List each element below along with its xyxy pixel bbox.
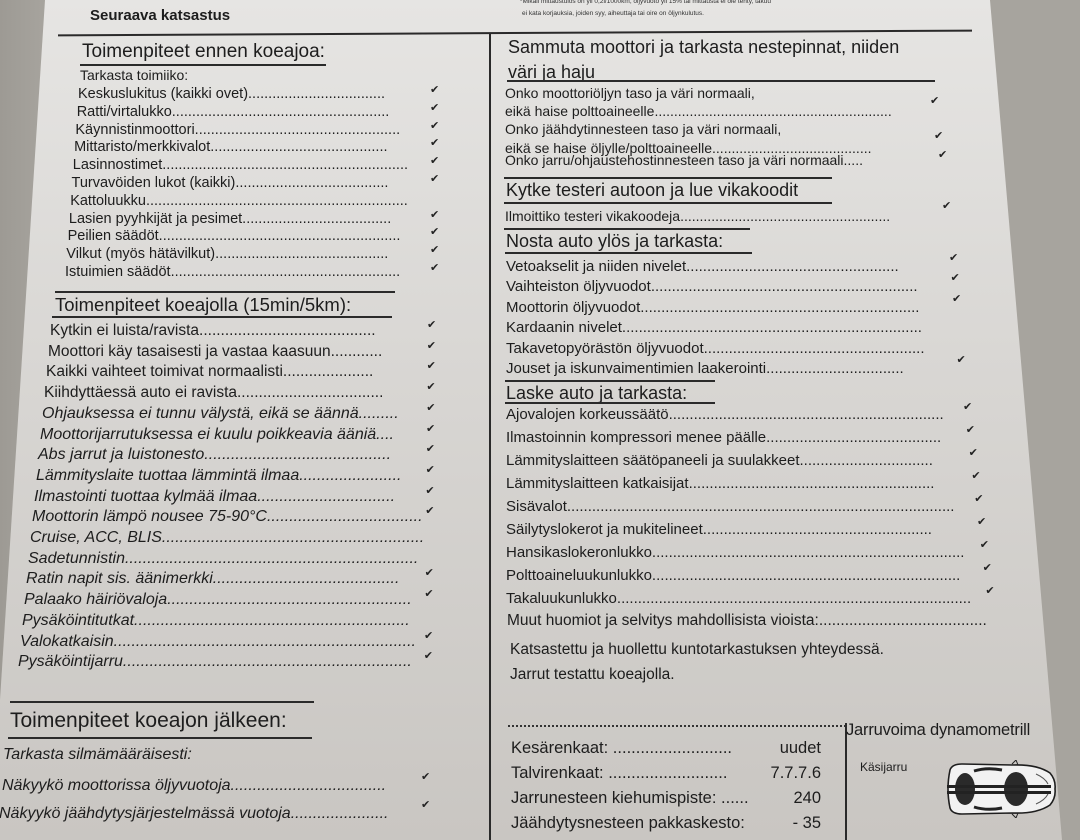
handbrake-label: Käsijarru: [860, 761, 907, 773]
checklist-item: Sadetunnistin...........................…: [28, 551, 418, 567]
checklist-item: Moottorin öljyvuodot....................…: [506, 300, 919, 315]
measurement-value: 7.7.7.6: [771, 765, 821, 782]
checklist-item: Lämmityslaitteen katkaisijat............…: [506, 476, 934, 491]
checklist-item: Kaikki vaihteet toimivat normaalisti....…: [46, 364, 373, 380]
checkmark-icon[interactable]: ✔: [985, 586, 994, 597]
checklist-item: Kytkin ei luista/ravista................…: [50, 323, 376, 339]
fluid-check-item: Onko moottoriöljyn taso ja väri normaali…: [505, 86, 755, 100]
checklist-item: Palaako häiriövaloja....................…: [24, 592, 412, 608]
checkmark-icon[interactable]: ✔: [980, 540, 989, 551]
checklist-item: Säilytyslokerot ja mukitelineet.........…: [506, 522, 932, 537]
measurement-row: Kesärenkaat: ..........................u…: [511, 740, 821, 757]
checkmark-icon[interactable]: ✔: [427, 320, 436, 331]
checklist-item: Pysäköintitutkat........................…: [22, 613, 410, 629]
checkmark-icon[interactable]: ✔: [963, 402, 972, 413]
checklist-item: Lämmityslaitteen säätöpaneeli ja suulakk…: [506, 453, 933, 468]
measurement-label: Jarrunesteen kiehumispiste: ......: [511, 789, 749, 807]
footnote-line-2: ei kata korjauksia, joiden syy, aiheutta…: [522, 11, 704, 18]
checkmark-icon[interactable]: ✔: [424, 651, 433, 662]
lift-top-rule: [504, 228, 750, 230]
measurement-label: Talvirenkaat: ..........................: [511, 764, 727, 782]
checkmark-icon[interactable]: ✔: [427, 361, 436, 372]
checkmark-icon[interactable]: ✔: [430, 263, 439, 274]
checklist-item: Ratin napit sis. äänimerkki.............…: [26, 571, 399, 587]
checkmark-icon[interactable]: ✔: [969, 448, 978, 459]
checklist-item: Kiihdyttäessä auto ei ravista...........…: [44, 385, 383, 401]
during-drive-heading-underline: [52, 316, 392, 318]
before-drive-subheading: Tarkasta toimiiko:: [80, 68, 188, 82]
checklist-item: Cruise, ACC, BLIS.......................…: [30, 530, 424, 546]
measurement-value: uudet: [780, 740, 821, 757]
lower-top-rule: [505, 380, 715, 382]
fluids-heading-line-2: väri ja haju: [508, 63, 595, 81]
checklist-item: Moottorin lämpö nousee 75-90°C..........…: [32, 509, 423, 525]
lift-heading-underline: [505, 252, 752, 254]
checkmark-icon[interactable]: ✔: [426, 403, 435, 414]
checkmark-icon[interactable]: ✔: [957, 355, 966, 366]
measurements-top-border: [508, 725, 846, 727]
checkmark-icon[interactable]: ✔: [934, 131, 943, 142]
checklist-item: Peilien säädöt..........................…: [68, 229, 401, 244]
checklist-item: Ilmastointi tuottaa kylmää ilmaa........…: [34, 489, 395, 505]
checkmark-icon[interactable]: ✔: [426, 444, 435, 455]
during-drive-top-rule: [55, 291, 395, 293]
checkmark-icon[interactable]: ✔: [949, 253, 958, 264]
checklist-item: Polttoaineluukunlukko...................…: [506, 568, 960, 583]
after-drive-heading: Toimenpiteet koeajon jälkeen:: [10, 710, 287, 731]
lower-heading: Laske auto ja tarkasta:: [506, 384, 687, 402]
checklist-item: Ratti/virtalukko........................…: [77, 105, 390, 120]
checkmark-icon[interactable]: ✔: [974, 494, 983, 505]
checkmark-icon[interactable]: ✔: [971, 471, 980, 482]
checklist-item: Näkyykö moottorissa öljyvuotoja.........…: [2, 778, 386, 794]
checklist-item: Lasinnostimet...........................…: [73, 158, 408, 173]
checkmark-icon[interactable]: ✔: [425, 568, 434, 579]
checklist-item: Valokatkaisin...........................…: [20, 634, 416, 650]
checkmark-icon[interactable]: ✔: [424, 589, 433, 600]
checkmark-icon[interactable]: ✔: [430, 85, 439, 96]
checklist-item: Takaluukunlukko.........................…: [506, 591, 971, 606]
column-divider: [489, 33, 491, 840]
lift-heading: Nosta auto ylös ja tarkasta:: [506, 232, 723, 250]
checklist-item: Kattoluukku.............................…: [70, 194, 408, 209]
checklist-item: Hansikaslokeronlukko....................…: [506, 545, 964, 560]
checkmark-icon[interactable]: ✔: [942, 201, 951, 212]
checkmark-icon[interactable]: ✔: [983, 563, 992, 574]
checklist-item: Vilkut (myös hätävilkut)................…: [66, 247, 388, 262]
checklist-item: Näkyykö jäähdytysjärjestelmässä vuotoja.…: [0, 806, 388, 822]
checkmark-icon[interactable]: ✔: [430, 156, 439, 167]
measurements-divider: [845, 723, 847, 840]
checklist-item: Jouset ja iskunvaimentimien laakerointi.…: [506, 361, 904, 376]
checkmark-icon[interactable]: ✔: [430, 227, 439, 238]
fluid-check-item: Onko jäähdytinnesteen taso ja väri norma…: [505, 122, 781, 136]
checklist-item: Istuimien säädöt........................…: [65, 265, 400, 280]
checklist-item: Abs jarrut ja luistonesto...............…: [38, 447, 391, 463]
checklist-item: Lasien pyyhkijät ja pesimet.............…: [69, 212, 391, 227]
remarks-note-line-2: Jarrut testattu koeajolla.: [510, 667, 675, 683]
checklist-item: Pysäköintijarru.........................…: [18, 654, 412, 670]
checkmark-icon[interactable]: ✔: [430, 121, 439, 132]
checkmark-icon[interactable]: ✔: [430, 103, 439, 114]
tester-heading-underline: [504, 202, 832, 204]
checklist-item: Käynnistinmoottori......................…: [75, 123, 400, 138]
checkmark-icon[interactable]: ✔: [951, 273, 960, 284]
checkmark-icon[interactable]: ✔: [952, 294, 961, 305]
checkmark-icon[interactable]: ✔: [426, 382, 435, 393]
measurement-label: Jäähdytysnesteen pakkaskesto:: [511, 814, 745, 832]
measurement-label: Kesärenkaat: ..........................: [511, 739, 732, 757]
checkmark-icon[interactable]: ✔: [430, 245, 439, 256]
fluid-check-item-line-2: eikä haise polttoaineelle...............…: [505, 104, 892, 118]
remarks-label: Muut huomiot ja selvitys mahdollisista v…: [507, 613, 987, 629]
remarks-note-line-1: Katsastettu ja huollettu kuntotarkastuks…: [510, 642, 884, 658]
fluid-check-item: Onko jarru/ohjaustehostinnesteen taso ja…: [505, 153, 863, 167]
checklist-item: Vetoakselit ja niiden nivelet...........…: [506, 259, 899, 274]
fluids-heading-line-1: Sammuta moottori ja tarkasta nestepinnat…: [508, 38, 899, 56]
checkmark-icon[interactable]: ✔: [427, 341, 436, 352]
before-drive-heading-underline: [80, 64, 326, 66]
checkmark-icon[interactable]: ✔: [426, 424, 435, 435]
after-drive-heading-underline: [8, 737, 312, 739]
checkmark-icon[interactable]: ✔: [421, 800, 430, 811]
tester-heading: Kytke testeri autoon ja lue vikakoodit: [506, 181, 798, 199]
checklist-item: Takavetopyörästön öljyvuodot............…: [506, 341, 925, 356]
checklist-item: Vaihteiston öljyvuodot..................…: [506, 279, 918, 294]
checklist-item: Ajovalojen korkeussäätö.................…: [506, 407, 944, 422]
fluids-heading-underline: [507, 80, 935, 82]
checklist-item: Ohjauksessa ei tunnu välystä, eikä se ää…: [42, 406, 399, 422]
checklist-item: Turvavöiden lukot (kaikki)..............…: [72, 176, 389, 191]
checklist-item: Kardaanin nivelet.......................…: [506, 320, 922, 335]
checkmark-icon[interactable]: ✔: [930, 96, 939, 107]
footnote-line-1: *Mikäli mittaustulos on yli 0,2l/1000km,…: [520, 0, 771, 6]
measurement-row: Jarrunesteen kiehumispiste: ......240: [511, 790, 821, 807]
after-drive-subheading: Tarkasta silmämääräisesti:: [3, 747, 192, 763]
checklist-item: Ilmastoinnin kompressori menee päälle...…: [506, 430, 941, 445]
checkmark-icon[interactable]: ✔: [938, 150, 947, 161]
car-top-view-icon: [942, 760, 1058, 818]
form-title: Seuraava katsastus: [90, 8, 230, 23]
checkmark-icon[interactable]: ✔: [426, 465, 435, 476]
checkmark-icon[interactable]: ✔: [430, 138, 439, 149]
checklist-item: Lämmityslaite tuottaa lämmintä ilmaa....…: [36, 468, 401, 484]
brake-dyno-heading: Jarruvoima dynamometrill: [846, 722, 1030, 739]
measurement-row: Talvirenkaat: ..........................…: [511, 765, 821, 782]
checklist-item: Ilmoittiko testeri vikakoodeja..........…: [505, 209, 890, 223]
lower-heading-underline: [505, 402, 715, 404]
checklist-item: Moottori käy tasaisesti ja vastaa kaasuu…: [48, 344, 382, 360]
checklist-item: Moottorijarrutuksessa ei kuulu poikkeavi…: [40, 427, 394, 443]
measurement-row: Jäähdytysnesteen pakkaskesto:- 35: [511, 815, 821, 832]
checkmark-icon[interactable]: ✔: [425, 506, 434, 517]
checkmark-icon[interactable]: ✔: [425, 486, 434, 497]
checkmark-icon[interactable]: ✔: [966, 425, 975, 436]
after-drive-top-rule: [10, 701, 314, 703]
before-drive-heading: Toimenpiteet ennen koeajoa:: [82, 42, 325, 61]
checkmark-icon[interactable]: ✔: [977, 517, 986, 528]
checklist-item: Sisävalot...............................…: [506, 499, 954, 514]
checkmark-icon[interactable]: ✔: [424, 631, 433, 642]
checkmark-icon[interactable]: ✔: [421, 772, 430, 783]
measurement-value: - 35: [793, 815, 821, 832]
tester-top-rule: [504, 177, 832, 179]
checklist-item: Keskuslukitus (kaikki ovet).............…: [78, 87, 385, 102]
checkmark-icon[interactable]: ✔: [430, 210, 439, 221]
checkmark-icon[interactable]: ✔: [430, 174, 439, 185]
during-drive-heading: Toimenpiteet koeajolla (15min/5km):: [55, 296, 351, 315]
checklist-item: Mittaristo/merkkivalot..................…: [74, 140, 387, 155]
measurement-value: 240: [793, 790, 821, 807]
